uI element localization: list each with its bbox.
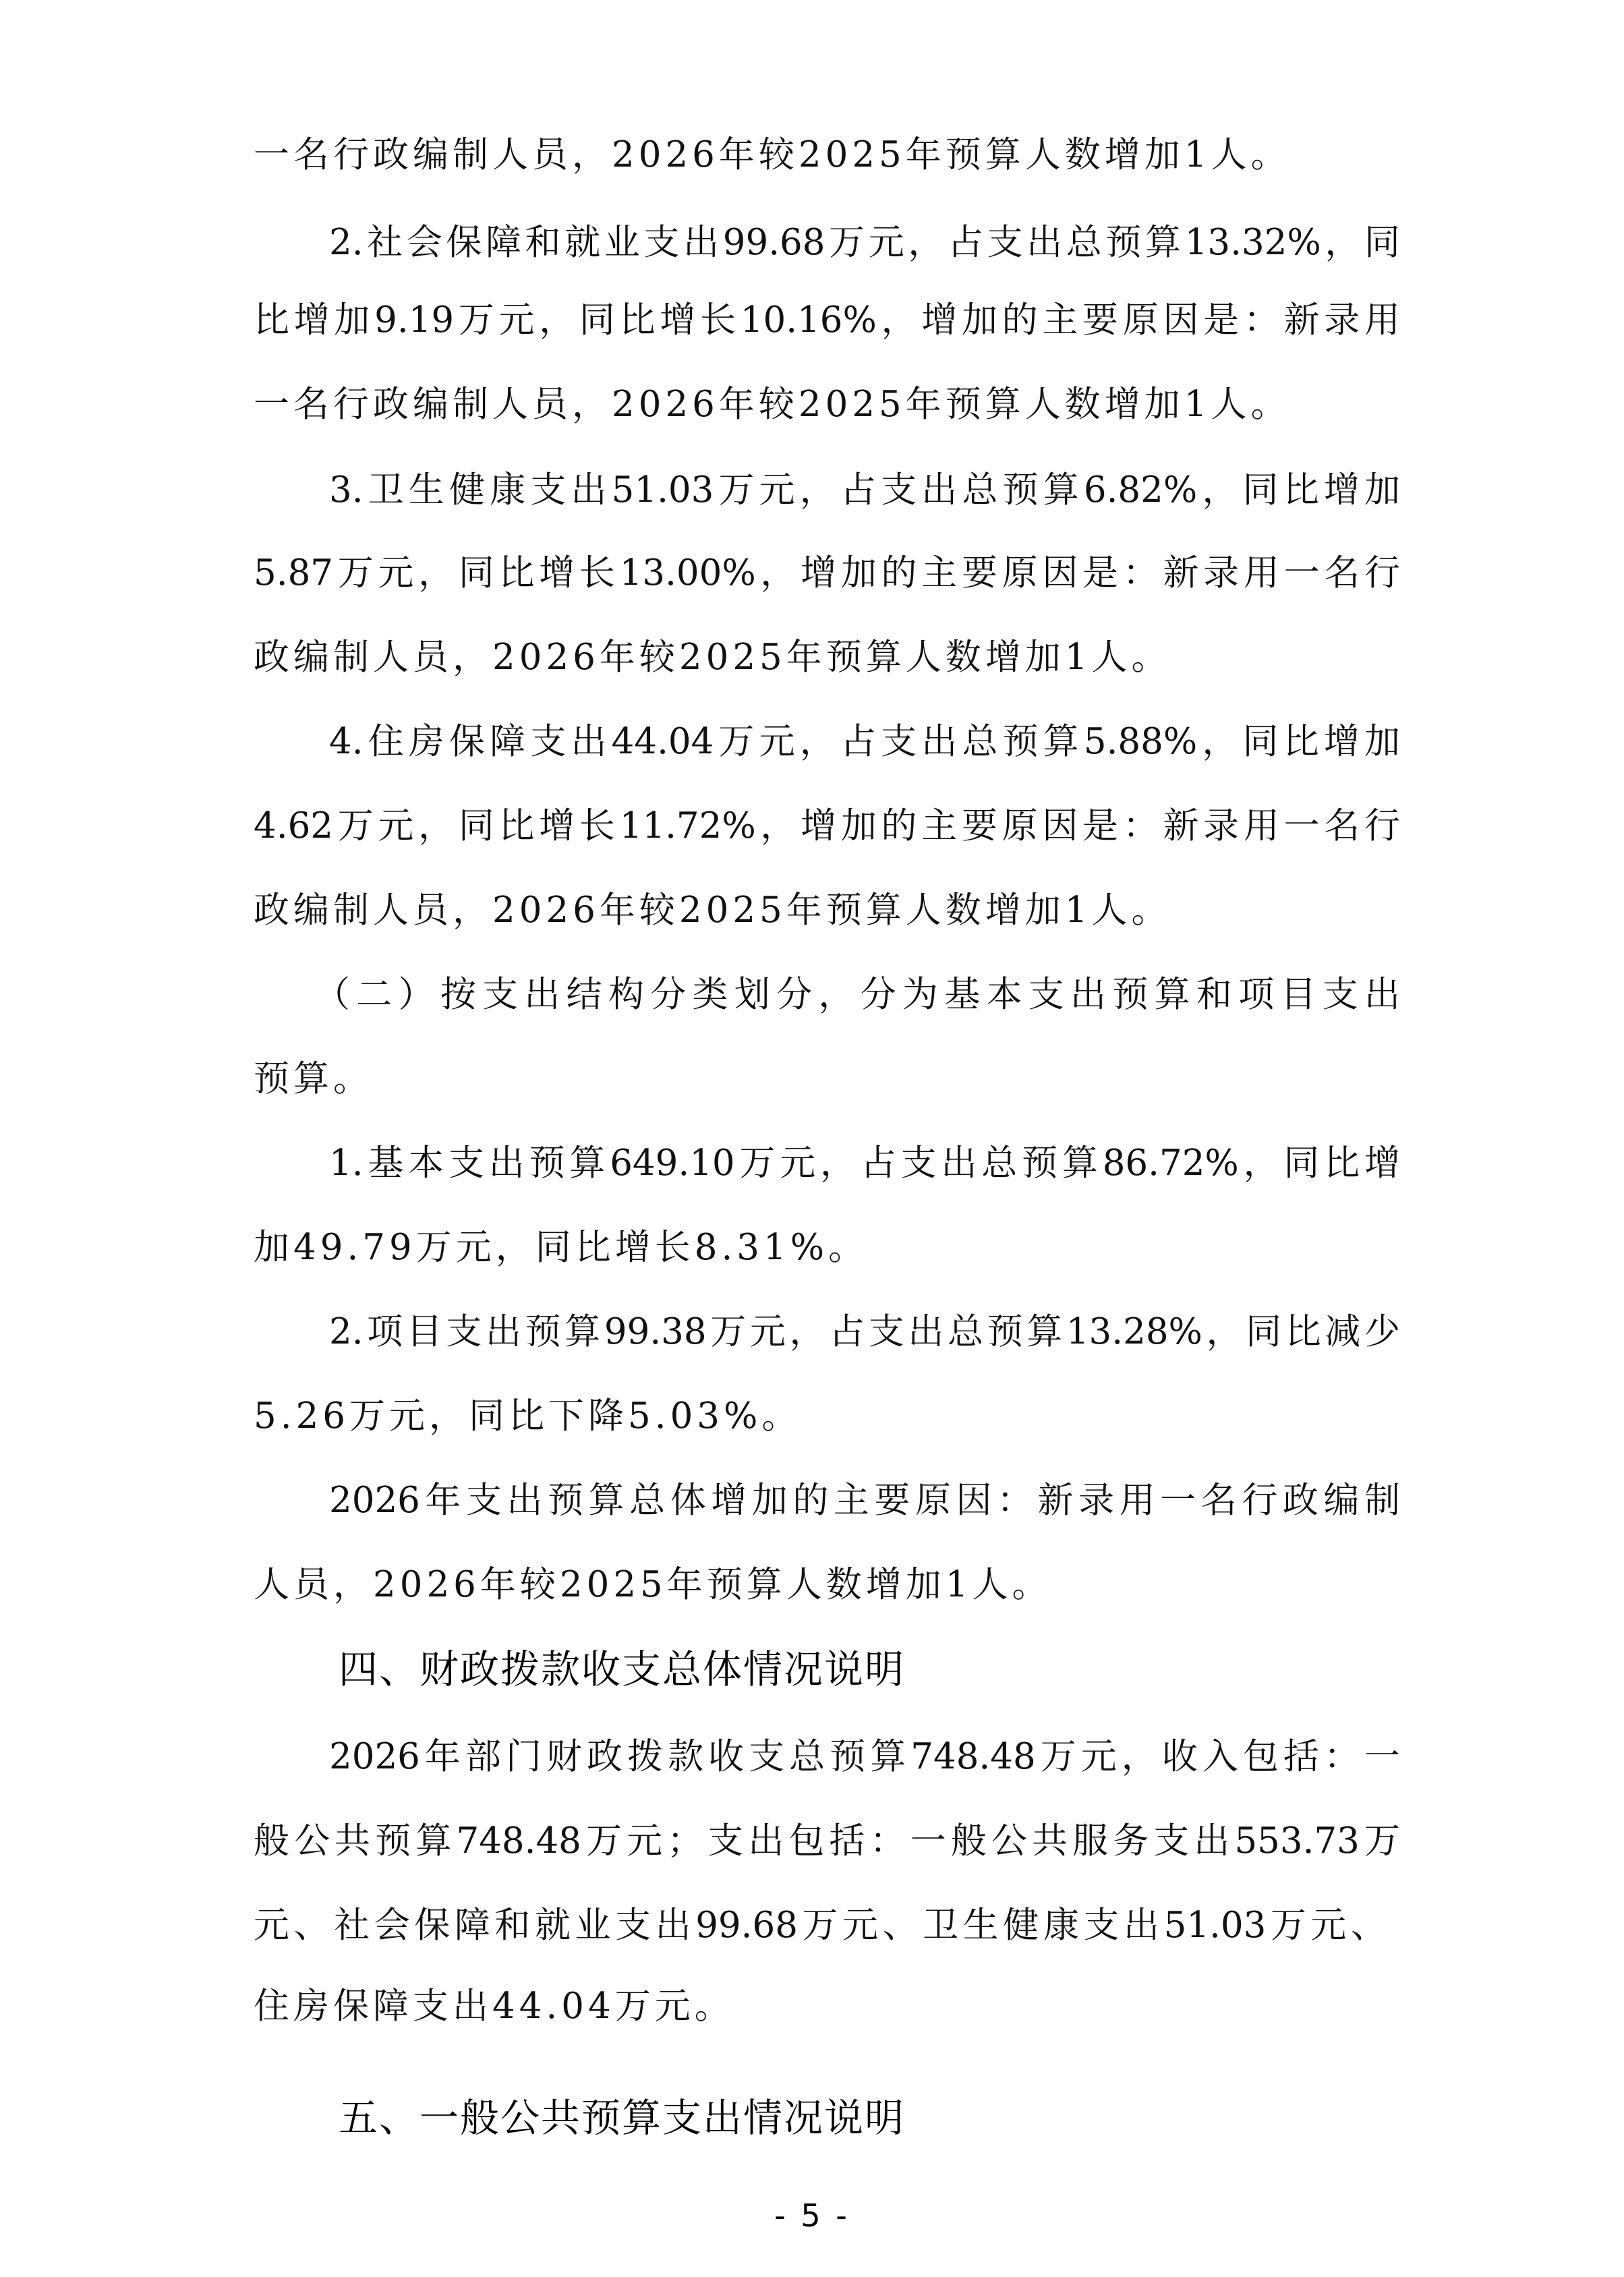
paragraph-line: 加49.79万元，同比增长8.31%。	[254, 1221, 1400, 1275]
paragraph-line: 5.87万元，同比增长13.00%，增加的主要原因是：新录用一名行	[254, 546, 1400, 600]
section-heading-4: 四、财政拨款收支总体情况说明	[339, 1642, 905, 1696]
paragraph-line: 元、社会保障和就业支出99.68万元、卫生健康支出51.03万元、	[254, 1899, 1387, 1953]
paragraph-line: 2026年支出预算总体增加的主要原因：新录用一名行政编制	[254, 1474, 1400, 1528]
paragraph-line: 5.26万元，同比下降5.03%。	[254, 1389, 1400, 1443]
page-number: - 5 -	[0, 2195, 1624, 2236]
paragraph-line: 一名行政编制人员，2026年较2025年预算人数增加1人。	[254, 128, 1400, 182]
paragraph-line: 4.62万元，同比增长11.72%，增加的主要原因是：新录用一名行	[254, 799, 1400, 853]
paragraph-line: 比增加9.19万元，同比增长10.16%，增加的主要原因是：新录用	[254, 293, 1400, 347]
paragraph-line: 4.住房保障支出44.04万元，占支出总预算5.88%，同比增加	[254, 715, 1400, 769]
paragraph-line: 人员，2026年较2025年预算人数增加1人。	[254, 1558, 1400, 1612]
paragraph-line: 预算。	[254, 1052, 1400, 1106]
document-page: 一名行政编制人员，2026年较2025年预算人数增加1人。 2.社会保障和就业支…	[0, 0, 1624, 2277]
paragraph-line: 住房保障支出44.04万元。	[254, 1980, 1400, 2034]
paragraph-line: 2026年部门财政拨款收支总预算748.48万元，收入包括：一	[254, 1730, 1400, 1784]
subsection-heading-line: （二）按支出结构分类划分，分为基本支出预算和项目支出	[254, 968, 1400, 1022]
paragraph-line: 般公共预算748.48万元；支出包括：一般公共服务支出553.73万	[254, 1814, 1400, 1868]
paragraph-line: 1.基本支出预算649.10万元，占支出总预算86.72%，同比增	[254, 1136, 1400, 1190]
paragraph-line: 政编制人员，2026年较2025年预算人数增加1人。	[254, 884, 1400, 938]
paragraph-line: 2.项目支出预算99.38万元，占支出总预算13.28%，同比减少	[254, 1305, 1400, 1359]
paragraph-line: 政编制人员，2026年较2025年预算人数增加1人。	[254, 631, 1400, 685]
paragraph-line: 一名行政编制人员，2026年较2025年预算人数增加1人。	[254, 378, 1400, 432]
paragraph-line: 3.卫生健康支出51.03万元，占支出总预算6.82%，同比增加	[254, 463, 1400, 517]
paragraph-line: 2.社会保障和就业支出99.68万元，占支出总预算13.32%，同	[254, 216, 1400, 270]
section-heading-5: 五、一般公共预算支出情况说明	[339, 2091, 905, 2145]
